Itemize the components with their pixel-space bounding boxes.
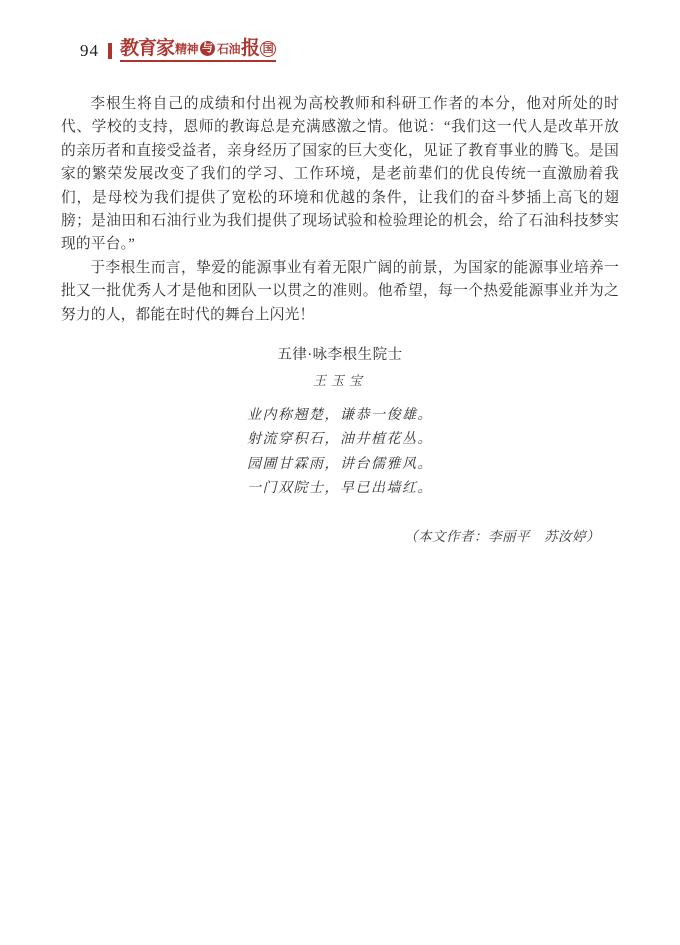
poem-section: 五律·咏李根生院士 王玉宝 业内称翘楚，谦恭一俊雄。 射流穿积石，油井植花丛。 … <box>61 345 619 502</box>
logo-yu-circle-icon: 与 <box>200 41 215 56</box>
article-body: 李根生将自己的成绩和付出视为高校教师和科研工作者的本分，他对所处的时代、学校的支… <box>61 93 619 547</box>
logo-text-jiaoyujia: 教育家 <box>120 39 174 58</box>
poem-line: 园圃甘霖雨，讲台儒雅风。 <box>61 453 619 477</box>
poem-lines: 业内称翘楚，谦恭一俊雄。 射流穿积石，油井植花丛。 园圃甘霖雨，讲台儒雅风。 一… <box>61 404 619 502</box>
poem-author: 王玉宝 <box>61 371 619 391</box>
logo-text-jingshen: 精神 <box>175 43 198 55</box>
poem-line: 业内称翘楚，谦恭一俊雄。 <box>61 404 619 428</box>
poem-line: 射流穿积石，油井植花丛。 <box>61 428 619 452</box>
document-page: 94 教育家 精神 与 石油 报 国 李根生将自己的成绩和付出视为高校教师和科研… <box>0 0 680 945</box>
page-number: 94 <box>80 42 99 60</box>
author-attribution: （本文作者：李丽平 苏汝婷） <box>61 527 619 547</box>
header-divider-bar <box>108 43 112 59</box>
poem-line: 一门双院士，早已出墙红。 <box>61 477 619 501</box>
body-paragraph: 李根生将自己的成绩和付出视为高校教师和科研工作者的本分，他对所处的时代、学校的支… <box>61 93 619 257</box>
body-paragraph: 于李根生而言，挚爱的能源事业有着无限广阔的前景，为国家的能源事业培养一批又一批优… <box>61 257 619 327</box>
logo-guo-circle-icon: 国 <box>260 41 276 57</box>
logo-text-shiyou: 石油 <box>217 43 240 55</box>
poem-title: 五律·咏李根生院士 <box>61 345 619 365</box>
page-header: 94 教育家 精神 与 石油 报 国 <box>80 39 276 62</box>
book-title-logo: 教育家 精神 与 石油 报 国 <box>120 39 276 62</box>
logo-text-bao: 报 <box>241 39 259 58</box>
